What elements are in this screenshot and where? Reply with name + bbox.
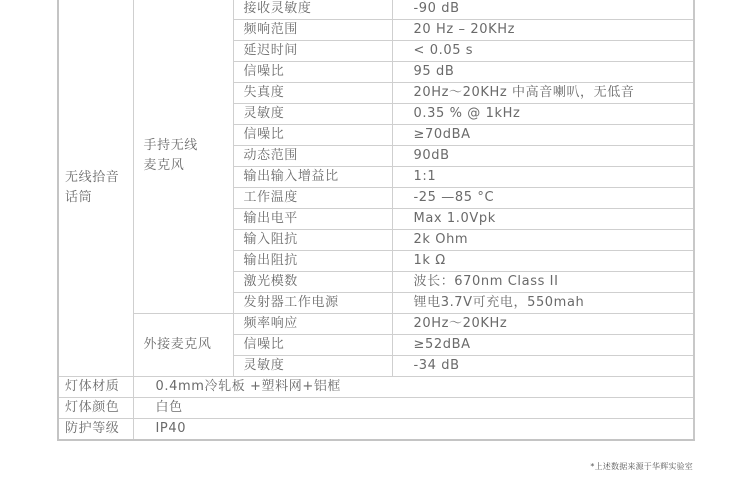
param-name: 输出输入增益比 — [233, 167, 392, 188]
param-value: 90dB — [392, 146, 694, 167]
category-wireless-mic: 无线拾音话筒 — [65, 168, 127, 208]
param-name: 接收灵敏度 — [233, 0, 392, 20]
param-name: 动态范围 — [233, 146, 392, 167]
table-row: 灯体颜色 白色 — [58, 398, 694, 419]
param-name: 信噪比 — [233, 335, 392, 356]
param-name: 灵敏度 — [233, 104, 392, 125]
data-source-footnote: *上述数据来源于华辉实验室 — [590, 461, 693, 472]
param-value: -90 dB — [392, 0, 694, 20]
param-name: 信噪比 — [233, 125, 392, 146]
param-value: -25 —85 °C — [392, 188, 694, 209]
param-value: ≥52dBA — [392, 335, 694, 356]
param-value: 2k Ohm — [392, 230, 694, 251]
general-value: 白色 — [133, 398, 694, 419]
param-name: 频率响应 — [233, 314, 392, 335]
param-value: Max 1.0Vpk — [392, 209, 694, 230]
general-value: IP40 — [133, 419, 694, 441]
param-name: 信噪比 — [233, 62, 392, 83]
param-name: 输出电平 — [233, 209, 392, 230]
param-value: 95 dB — [392, 62, 694, 83]
param-name: 发射器工作电源 — [233, 293, 392, 314]
table-row: 防护等级 IP40 — [58, 419, 694, 441]
param-value: 波长：670nm Class II — [392, 272, 694, 293]
param-name: 输出阻抗 — [233, 251, 392, 272]
param-value: 1:1 — [392, 167, 694, 188]
param-name: 灵敏度 — [233, 356, 392, 377]
param-value: 20Hz～20KHz — [392, 314, 694, 335]
table-row: 无线拾音话筒 手持无线麦克风 接收灵敏度 -90 dB — [58, 0, 694, 20]
param-name: 频响范围 — [233, 20, 392, 41]
param-name: 延迟时间 — [233, 41, 392, 62]
param-value: 1k Ω — [392, 251, 694, 272]
param-value: 锂电3.7V可充电，550mah — [392, 293, 694, 314]
general-value: 0.4mm冷轧板 +塑料网+铝框 — [133, 377, 694, 398]
param-value: -34 dB — [392, 356, 694, 377]
param-value: 0.35 % @ 1kHz — [392, 104, 694, 125]
param-value: ≥70dBA — [392, 125, 694, 146]
param-name: 激光模数 — [233, 272, 392, 293]
param-name: 失真度 — [233, 83, 392, 104]
param-value: 20Hz～20KHz 中高音喇叭，无低音 — [392, 83, 694, 104]
general-name: 灯体颜色 — [58, 398, 133, 419]
general-name: 灯体材质 — [58, 377, 133, 398]
spec-table: 无线拾音话筒 手持无线麦克风 接收灵敏度 -90 dB 频响范围 20 Hz –… — [57, 0, 695, 441]
category-cell: 无线拾音话筒 — [58, 0, 133, 377]
param-name: 输入阻抗 — [233, 230, 392, 251]
table-row: 灯体材质 0.4mm冷轧板 +塑料网+铝框 — [58, 377, 694, 398]
table-row: 外接麦克风 频率响应 20Hz～20KHz — [58, 314, 694, 335]
subcategory-cell: 手持无线麦克风 — [133, 0, 233, 314]
param-value: < 0.05 s — [392, 41, 694, 62]
param-value: 20 Hz – 20KHz — [392, 20, 694, 41]
subcategory-handheld: 手持无线麦克风 — [144, 136, 208, 176]
param-name: 工作温度 — [233, 188, 392, 209]
subcategory-external: 外接麦克风 — [133, 314, 233, 377]
general-name: 防护等级 — [58, 419, 133, 441]
